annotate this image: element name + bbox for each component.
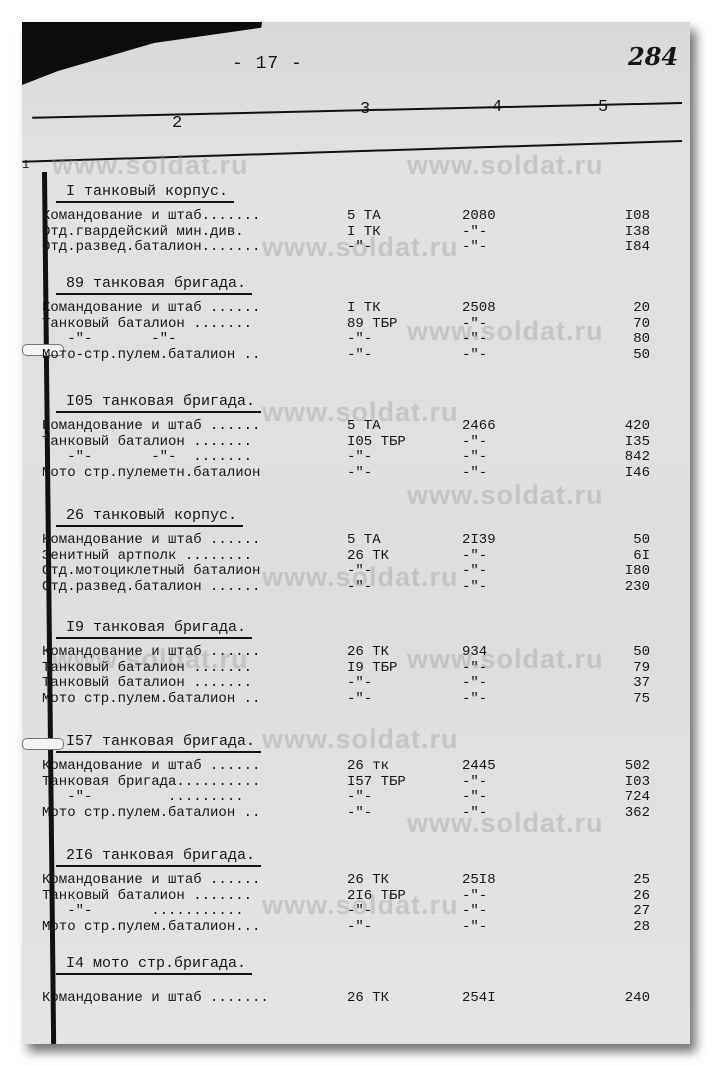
table-row: Отд.развед.баталион.......-"--"-I84	[42, 240, 682, 256]
column-header-2: 2	[172, 114, 182, 133]
section-title: 2I6 танковая бригада.	[56, 847, 261, 867]
table-row: -"- -"- .......-"--"-842	[42, 450, 682, 466]
archive-folio-number: 284	[628, 42, 678, 71]
table-row: Командование и штаб.......5 ТА2080I08	[42, 209, 682, 225]
section-title: I4 мото стр.бригада.	[56, 955, 252, 975]
table-row: Командование и штаб ......26 тк2445502	[42, 759, 682, 775]
table-row: Мото стр.пулем.баталион ..-"--"-75	[42, 692, 682, 708]
table-row: Командование и штаб ......5 ТА2I3950	[42, 533, 682, 549]
table-row: Командование и штаб .......26 ТК254I240	[42, 991, 682, 1007]
table-row: Командование и штаб ......26 ТК93450	[42, 645, 682, 661]
section-title: I9 танковая бригада.	[56, 619, 252, 639]
column-header-4: 4	[492, 98, 502, 117]
unit-section: 89 танковая бригада. Командование и штаб…	[42, 274, 682, 363]
unit-section: I4 мото стр.бригада. Командование и штаб…	[42, 954, 682, 1007]
unit-section: I05 танковая бригада. Командование и шта…	[42, 392, 682, 481]
section-title: 26 танковый корпус.	[56, 507, 243, 527]
table-row: Командование и штаб ......5 ТА2466420	[42, 419, 682, 435]
table-row: Танковый баталион .......I9 ТБР-"-79	[42, 661, 682, 677]
table-row: Танковый баталион .......I05 ТБР-"-I35	[42, 435, 682, 451]
section-title: I05 танковая бригада.	[56, 393, 261, 413]
table-top-rule	[32, 102, 682, 119]
table-row: Отд.гвардейский мин.див.I ТК-"-I38	[42, 225, 682, 241]
unit-section: 2I6 танковая бригада. Командование и шта…	[42, 846, 682, 935]
section-title: I57 танковая бригада.	[56, 733, 261, 753]
column-header-3: 3	[360, 100, 370, 119]
scan-shadow-corner	[22, 22, 262, 92]
section-title: 89 танковая бригада.	[56, 275, 252, 295]
page-number: - 17 -	[232, 54, 303, 74]
unit-section: I танковый корпус. Командование и штаб..…	[42, 182, 682, 256]
table-row: Мото стр.пулем.баталион...-"--"-28	[42, 920, 682, 936]
unit-section: 26 танковый корпус. Командование и штаб …	[42, 506, 682, 595]
section-title: I танковый корпус.	[56, 183, 234, 203]
table-row: -"- .........-"--"-724	[42, 790, 682, 806]
table-row: -"- ...........-"--"-27	[42, 904, 682, 920]
watermark: www.soldat.ru	[407, 150, 604, 181]
table-row: Мото стр.пулем.баталион ..-"--"-362	[42, 806, 682, 822]
table-row: Мото-стр.пулем.баталион ..-"--"-50	[42, 348, 682, 364]
column-header-5: 5	[598, 98, 608, 117]
table-row: Танковый баталион .......89 ТБР-"-70	[42, 317, 682, 333]
unit-section: I57 танковая бригада. Командование и шта…	[42, 732, 682, 821]
table-row: Танковый баталион .......-"--"-37	[42, 676, 682, 692]
table-row: Отд.развед.баталион ......-"--"-230	[42, 580, 682, 596]
table-header-rule	[22, 140, 682, 163]
table-row: Командование и штаб ......26 ТК25I825	[42, 873, 682, 889]
table-row: Танковый баталион .......2I6 ТБР-"-26	[42, 889, 682, 905]
table-row: Мото стр.пулеметн.баталион-"--"-I46	[42, 466, 682, 482]
unit-section: I9 танковая бригада. Командование и штаб…	[42, 618, 682, 707]
table-row: -"- -"--"--"-80	[42, 332, 682, 348]
table-row: Отд.мотоциклетный баталион-"--"-I80	[42, 564, 682, 580]
table-row: Командование и штаб ......I ТК250820	[42, 301, 682, 317]
table-row: Танковая бригада..........I57 ТБР-"-I03	[42, 775, 682, 791]
archival-document-page: - 17 - 284 2 3 4 5 1 www.soldat.ru www.s…	[22, 22, 690, 1044]
row-marker: 1	[22, 158, 29, 172]
table-row: Зенитный артполк ........26 ТК-"-6I	[42, 549, 682, 565]
